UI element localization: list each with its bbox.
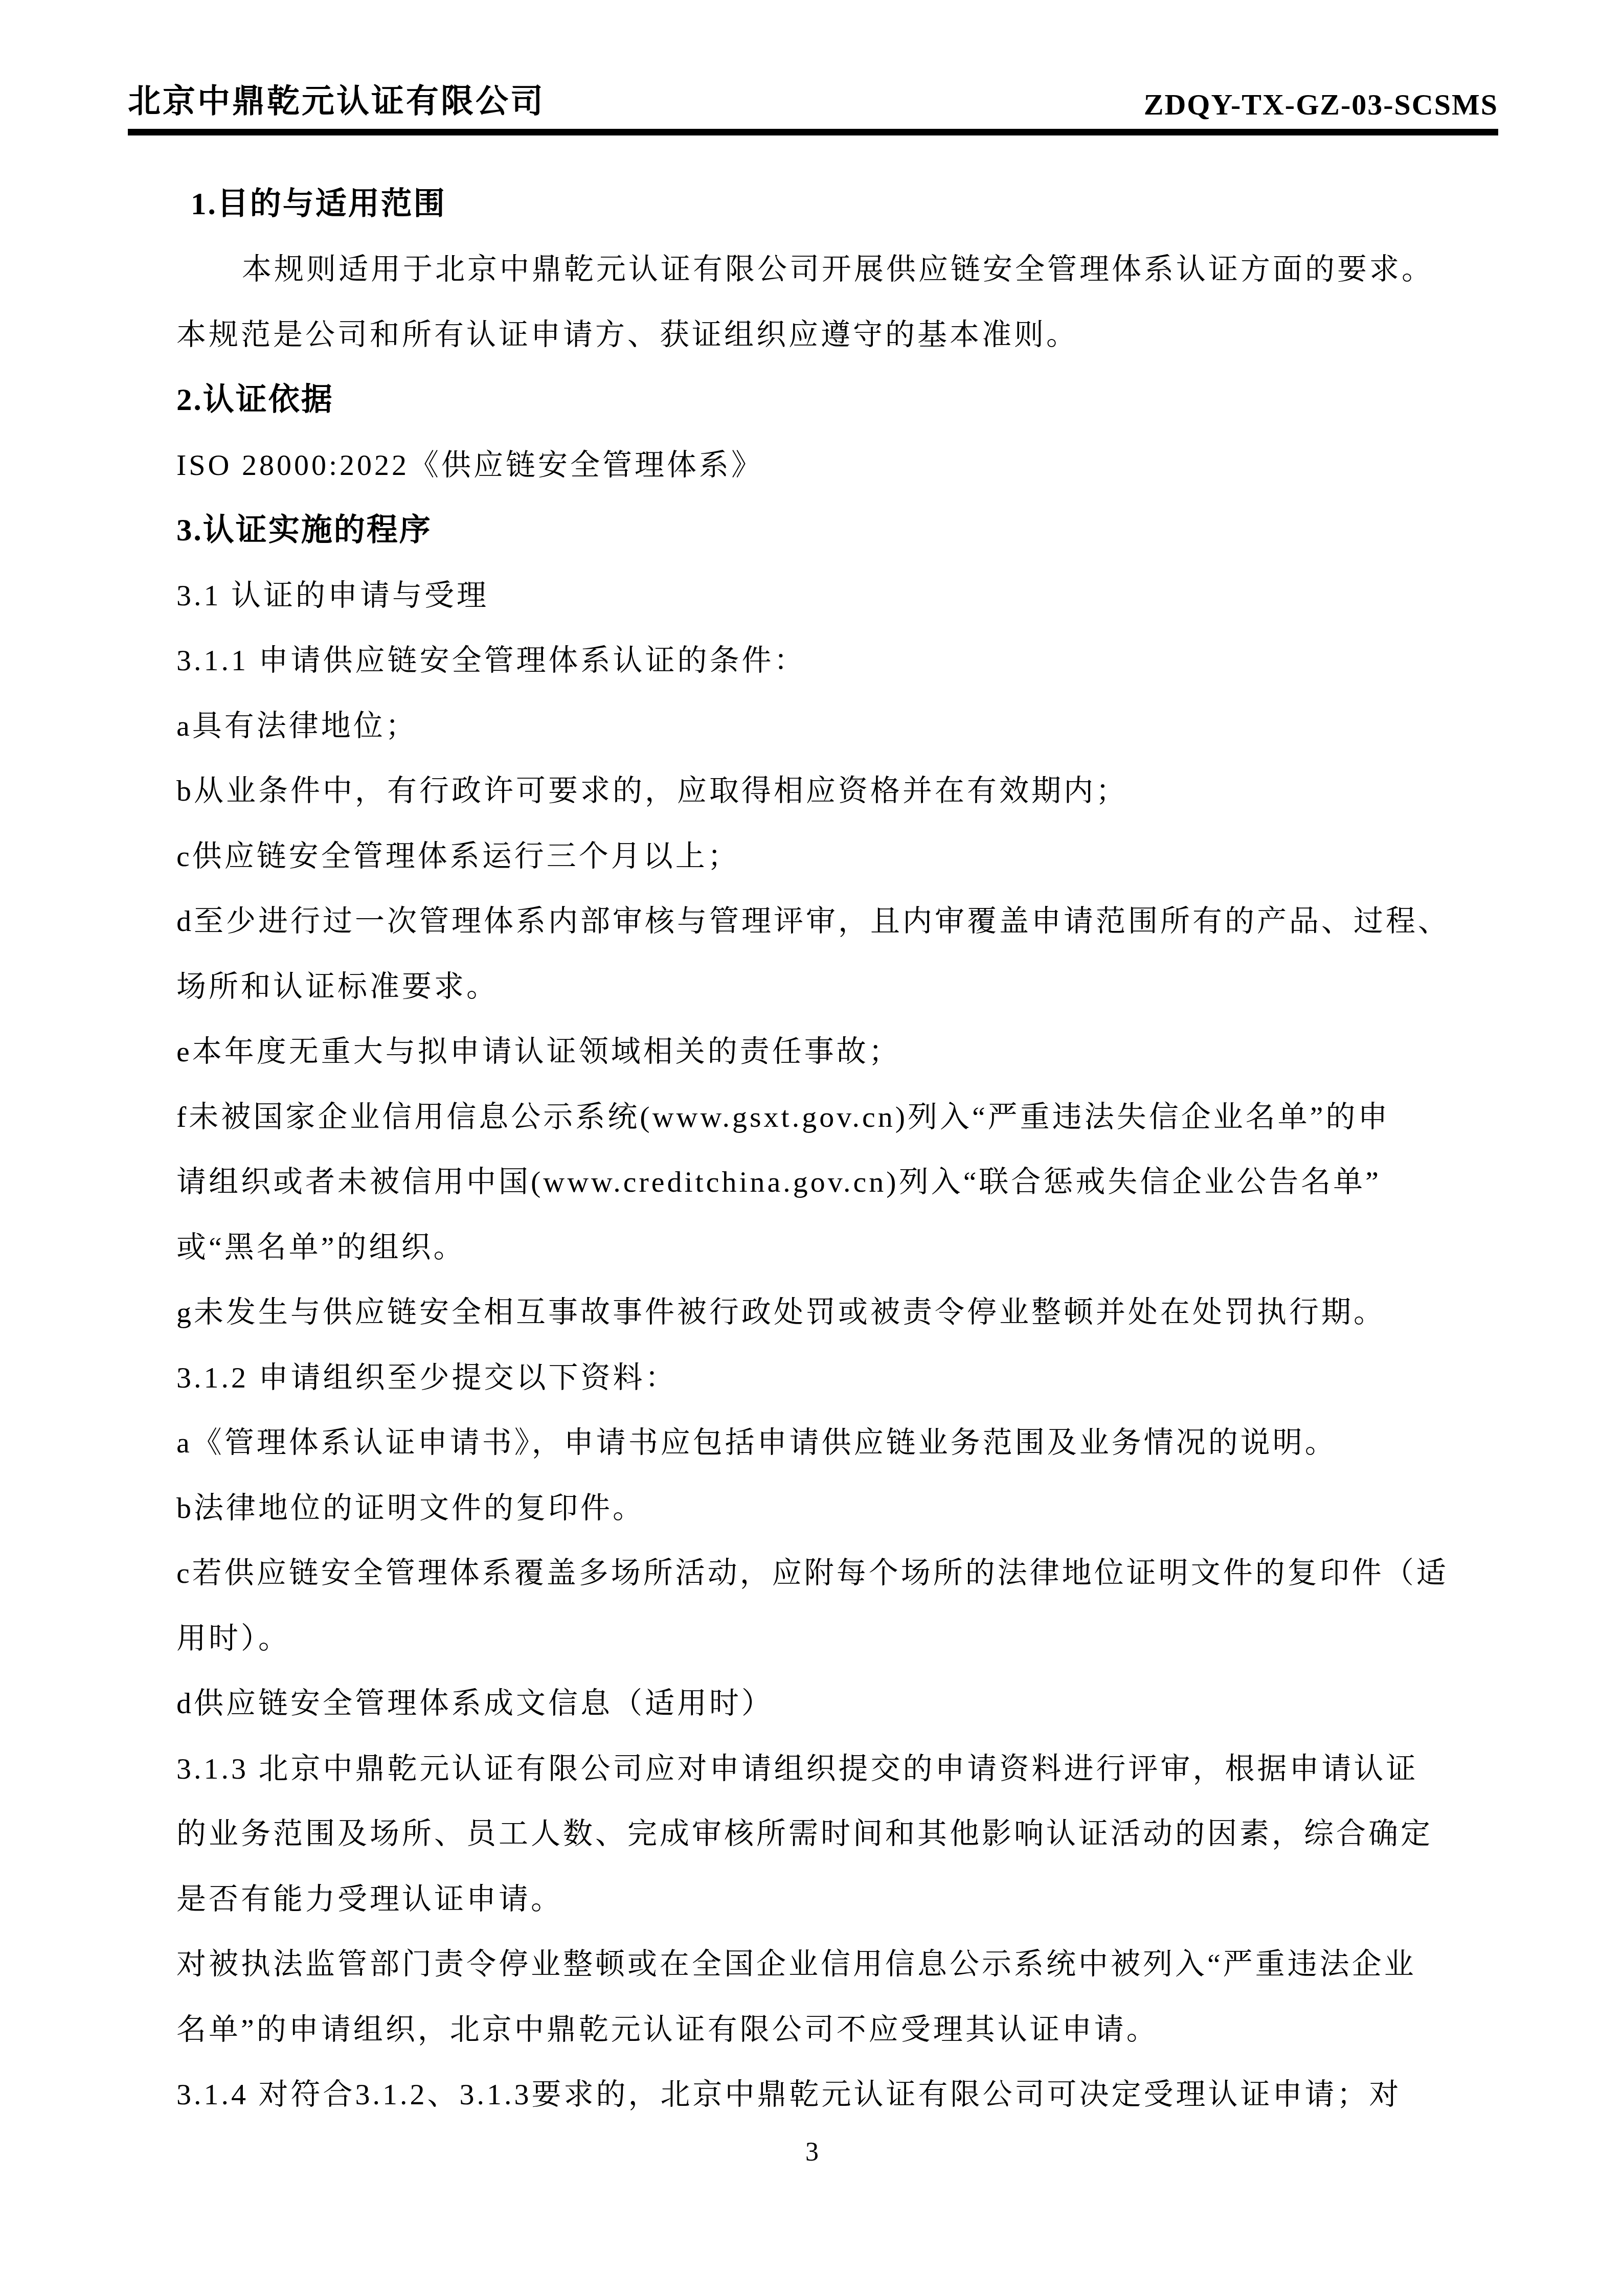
section-heading: 1.目的与适用范围	[176, 169, 1503, 234]
text-line: ISO 28000:2022《供应链安全管理体系》	[176, 429, 1503, 495]
section-heading: 3.认证实施的程序	[176, 495, 1503, 560]
text-line: 用时）。	[176, 1603, 1503, 1668]
subsection-heading: 3.1 认证的申请与受理	[176, 560, 1503, 625]
document-body: 1.目的与适用范围 本规则适用于北京中鼎乾元认证有限公司开展供应链安全管理体系认…	[176, 169, 1503, 2124]
text-line: 对被执法监管部门责令停业整顿或在全国企业信用信息公示系统中被列入“严重违法企业	[176, 1929, 1503, 1994]
text-line: 本规则适用于北京中鼎乾元认证有限公司开展供应链安全管理体系认证方面的要求。	[176, 234, 1503, 300]
text-line: 场所和认证标准要求。	[176, 951, 1503, 1016]
header-rule	[128, 129, 1498, 135]
text-line: 请组织或者未被信用中国(www.creditchina.gov.cn)列入“联合…	[176, 1147, 1503, 1212]
text-line: b法律地位的证明文件的复印件。	[176, 1472, 1503, 1538]
text-line: e本年度无重大与拟申请认证领域相关的责任事故；	[176, 1016, 1503, 1082]
page-header: 北京中鼎乾元认证有限公司 ZDQY-TX-GZ-03-SCSMS	[128, 71, 1498, 122]
text-line: 本规范是公司和所有认证申请方、获证组织应遵守的基本准则。	[176, 299, 1503, 365]
text-line: a具有法律地位；	[176, 690, 1503, 756]
header-company-name: 北京中鼎乾元认证有限公司	[128, 75, 545, 122]
subsection-heading: 3.1.3 北京中鼎乾元认证有限公司应对申请组织提交的申请资料进行评审，根据申请…	[176, 1733, 1503, 1799]
text-line: 的业务范围及场所、员工人数、完成审核所需时间和其他影响认证活动的因素，综合确定	[176, 1799, 1503, 1864]
subsection-heading: 3.1.4 对符合3.1.2、3.1.3要求的，北京中鼎乾元认证有限公司可决定受…	[176, 2059, 1503, 2125]
text-line: a《管理体系认证申请书》，申请书应包括申请供应链业务范围及业务情况的说明。	[176, 1407, 1503, 1473]
text-line: c若供应链安全管理体系覆盖多场所活动，应附每个场所的法律地位证明文件的复印件（适	[176, 1538, 1503, 1603]
text-line: b从业条件中，有行政许可要求的，应取得相应资格并在有效期内；	[176, 756, 1503, 821]
document-page: 北京中鼎乾元认证有限公司 ZDQY-TX-GZ-03-SCSMS 1.目的与适用…	[0, 0, 1624, 2296]
subsection-heading: 3.1.2 申请组织至少提交以下资料：	[176, 1342, 1503, 1407]
text-line: f未被国家企业信用信息公示系统(www.gsxt.gov.cn)列入“严重违法失…	[176, 1081, 1503, 1147]
text-line: 或“黑名单”的组织。	[176, 1212, 1503, 1277]
subsection-heading: 3.1.1 申请供应链安全管理体系认证的条件：	[176, 625, 1503, 691]
text-line: d至少进行过一次管理体系内部审核与管理评审，且内审覆盖申请范围所有的产品、过程、	[176, 886, 1503, 951]
page-number: 3	[0, 2137, 1624, 2167]
text-line: 是否有能力受理认证申请。	[176, 1863, 1503, 1929]
text-line: d供应链安全管理体系成文信息（适用时）	[176, 1668, 1503, 1734]
header-doc-code: ZDQY-TX-GZ-03-SCSMS	[1144, 87, 1498, 122]
text-line: g未发生与供应链安全相互事故事件被行政处罚或被责令停业整顿并处在处罚执行期。	[176, 1277, 1503, 1343]
text-line: 名单”的申请组织，北京中鼎乾元认证有限公司不应受理其认证申请。	[176, 1994, 1503, 2059]
text-line: c供应链安全管理体系运行三个月以上；	[176, 821, 1503, 886]
section-heading: 2.认证依据	[176, 365, 1503, 430]
